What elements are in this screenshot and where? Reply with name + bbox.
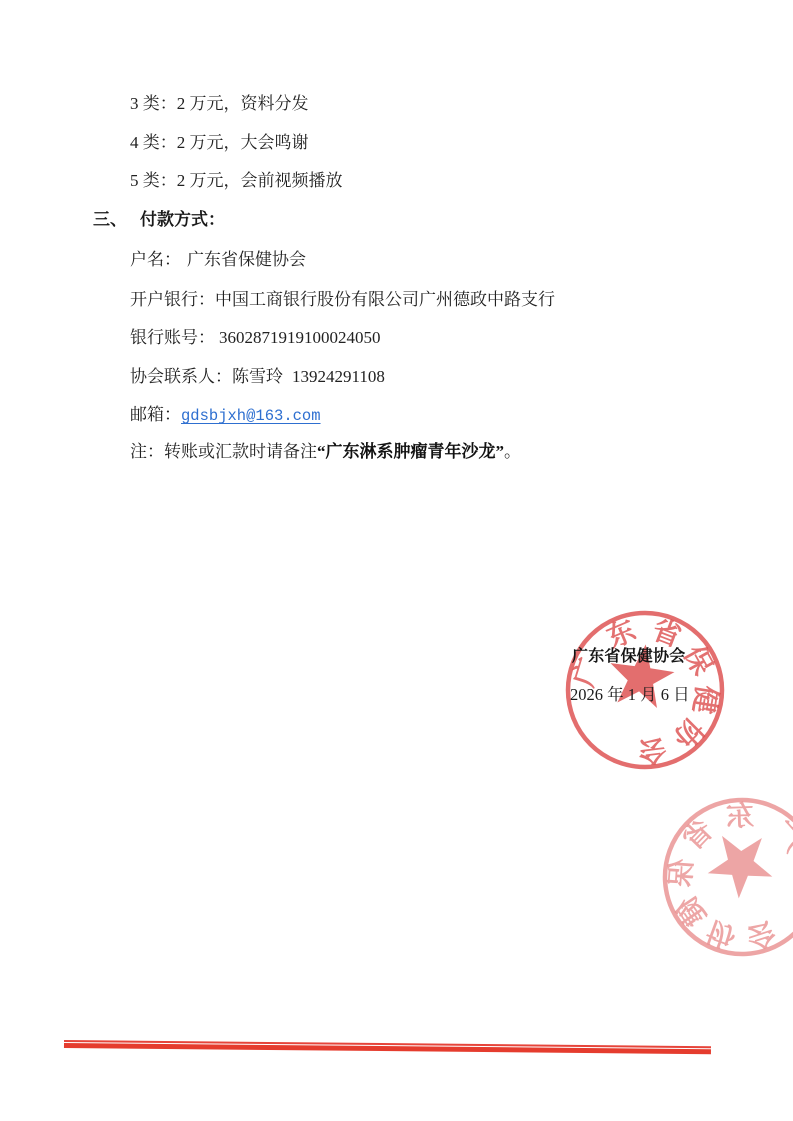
- note-suffix: 。: [504, 442, 521, 461]
- seal-arc-char: 广: [766, 815, 793, 857]
- account-number-label: 银行账号：: [130, 328, 215, 347]
- seal-arc-char: 会: [637, 732, 669, 767]
- seal-arc-char: 协: [666, 712, 709, 755]
- note-prefix: 注：转账或汇款时请备注: [130, 442, 317, 461]
- account-name-label: 户名：: [130, 250, 181, 269]
- bank-label: 开户银行：: [130, 290, 215, 309]
- contact-phone: 13924291108: [292, 367, 385, 386]
- email-line: 邮箱：gdsbjxh@163.com: [130, 404, 321, 427]
- section-heading: 三、付款方式：: [93, 209, 225, 230]
- seal-org-name: 广东省保健协会: [572, 643, 685, 666]
- document-page: 3 类：2 万元，资料分发 4 类：2 万元，大会鸣谢 5 类：2 万元，会前视…: [0, 0, 793, 1121]
- seal-arc-char: 保: [664, 858, 699, 888]
- seal-arc-char: 省: [677, 814, 719, 856]
- bank-value: 中国工商银行股份有限公司广州德政中路支行: [215, 290, 555, 309]
- official-seal-bleed: 广 东 省 保 健 协 会: [657, 788, 793, 966]
- section-title: 付款方式：: [140, 210, 225, 229]
- email-link[interactable]: gdsbjxh@163.com: [181, 407, 321, 425]
- section-number: 三、: [93, 210, 127, 229]
- bank-line: 开户银行：中国工商银行股份有限公司广州德政中路支行: [130, 289, 555, 310]
- seal-arc-char: 健: [687, 683, 723, 716]
- seal-arc-char: 东: [725, 800, 754, 833]
- contact-label: 协会联系人：: [130, 367, 232, 386]
- sponsor-tier-4-line: 4 类：2 万元，大会鸣谢: [130, 132, 309, 153]
- sponsor-tier-3-line: 3 类：2 万元，资料分发: [130, 93, 309, 114]
- email-label: 邮箱：: [130, 405, 181, 424]
- seal-arc-char: 健: [671, 890, 713, 931]
- account-name-line: 户名：广东省保健协会: [130, 249, 306, 270]
- footer-rule: [64, 1040, 711, 1054]
- account-number-value: 3602871919100024050: [219, 328, 381, 347]
- contact-line: 协会联系人：陈雪玲13924291108: [130, 366, 385, 387]
- note-line: 注：转账或汇款时请备注“广东淋系肿瘤青年沙龙”。: [130, 441, 521, 462]
- account-name-value: 广东省保健协会: [187, 250, 306, 269]
- seal-date: 2026 年 1 月 6 日: [570, 681, 690, 705]
- sponsor-tier-5-line: 5 类：2 万元，会前视频播放: [130, 170, 343, 191]
- note-emphasis: “广东淋系肿瘤青年沙龙”: [317, 442, 504, 461]
- contact-name: 陈雪玲: [232, 367, 283, 386]
- account-number-line: 银行账号：3602871919100024050: [130, 327, 381, 348]
